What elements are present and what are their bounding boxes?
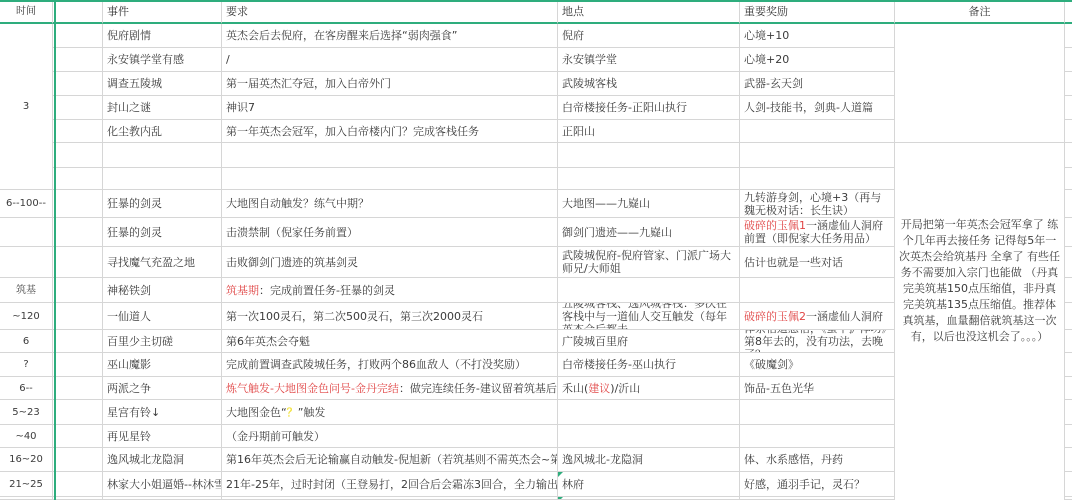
location-cell[interactable] (558, 168, 740, 190)
plain-text: 神识7 (226, 101, 255, 114)
plain-text: 林府 (562, 478, 584, 491)
plain-text: 御剑门遗迹——九嶷山 (562, 226, 672, 239)
cell-text: 破碎的玉佩2一涵虚仙人洞府 (744, 310, 890, 323)
cell-text: 完成前置调查武陵城任务，打败两个86血敌人（不打没奖励） (226, 358, 553, 371)
location-cell[interactable]: 白帝楼接任务-巫山执行 (558, 353, 740, 377)
requirement-cell[interactable]: 击溃禁制（倪家任务前置） (222, 218, 558, 247)
reward-cell[interactable]: 人剑-技能书，剑典-人道篇 (740, 96, 895, 120)
spacer-cell[interactable] (53, 278, 103, 303)
location-cell[interactable]: 大地图——九嶷山 (558, 190, 740, 218)
cell-text: 武器-玄天剑 (744, 77, 890, 90)
reward-cell[interactable]: 心境+20 (740, 48, 895, 72)
time-cell[interactable]: 筑基 (0, 278, 53, 303)
spacer-cell[interactable] (53, 168, 103, 190)
event-cell[interactable] (103, 143, 222, 168)
edge-cell[interactable] (1065, 425, 1072, 448)
spacer-cell[interactable] (53, 96, 103, 120)
spacer-cell[interactable] (53, 448, 103, 472)
edge-cell[interactable] (1065, 218, 1072, 247)
event-cell[interactable]: 狂暴的剑灵 (103, 218, 222, 247)
cell-text: 好感，通羽手记，灵石？ (744, 478, 890, 491)
event-cell[interactable]: 化尘教内乱 (103, 120, 222, 143)
cell-text: 估计也就是一些对话 (744, 256, 890, 269)
location-cell[interactable]: 五陵城客栈、逸风城客栈：多次在客栈中与一道仙人交互触发（每年英杰会后都去 (558, 303, 740, 330)
highlighted-text: 破碎的玉佩1 (744, 219, 806, 232)
highlighted-text: 建议 (588, 382, 610, 395)
spacer-cell[interactable] (53, 353, 103, 377)
spacer-cell[interactable] (53, 400, 103, 425)
event-cell[interactable]: 倪府剧情 (103, 24, 222, 48)
location-cell[interactable]: 正阳山 (558, 120, 740, 143)
plain-text: 武陵城客栈 (562, 77, 617, 90)
plain-text: 逸风城北-龙隐洞 (562, 453, 643, 466)
cell-text: 第16年英杰会后无论输赢自动触发-倪旭新（若筑基则不需英杰会~第20年） (226, 453, 553, 466)
event-cell[interactable]: 再见星铃 (103, 425, 222, 448)
edge-cell[interactable] (1065, 278, 1072, 303)
location-cell[interactable]: 武陵城客栈 (558, 72, 740, 96)
plain-text: 第一届英杰汇夺冠，加入白帝外门 (226, 77, 391, 90)
spacer-cell[interactable] (53, 330, 103, 353)
plain-text: 第16年英杰会后无论输赢自动触发-倪旭新（若筑基则不需英杰会~第20年） (226, 453, 558, 466)
spacer-cell[interactable] (53, 72, 103, 96)
plain-text: 体系悟道感悟，《蛮牛护体功》第8年去的，没有功法，去晚了？ (744, 330, 887, 353)
cell-text: 第6年英杰会夺魁 (226, 335, 553, 348)
location-cell[interactable]: 武陵城倪府-倪府管家、门派广场大师兄/大师姐 (558, 247, 740, 278)
location-cell[interactable] (558, 143, 740, 168)
top-accent-line (0, 0, 1072, 2)
requirement-cell[interactable] (222, 143, 558, 168)
reward-cell[interactable] (740, 425, 895, 448)
plain-text: 击败御剑门遗迹的筑基剑灵 (226, 256, 358, 269)
requirement-cell[interactable]: 21年-25年，过时封闭（王登易打，2回合后会霜冻3回合，全力输出） (222, 472, 558, 497)
plain-text: （金丹期前可触发） (226, 430, 325, 443)
event-cell[interactable]: 百里少主切磋 (103, 330, 222, 353)
plain-text: 第一次100灵石，第二次500灵石，第三次2000灵石 (226, 310, 483, 323)
spreadsheet: 时间 事件 要求 地点 重要奖励 备注 3 开局把第一年英杰会冠军拿了 练个几年… (0, 0, 1072, 500)
cell-text: 人剑-技能书，剑典-人道篇 (744, 101, 890, 114)
plain-text: 永安镇学堂 (562, 53, 617, 66)
plain-text: 倪府 (562, 29, 584, 42)
plain-text: )/沂山 (610, 382, 640, 395)
cell-text: 体系悟道感悟，《蛮牛护体功》第8年去的，没有功法，去晚了？ (744, 330, 890, 353)
event-cell[interactable]: 永安镇学堂有感 (103, 48, 222, 72)
plain-text: 第一年英杰会冠军，加入白帝楼内门？完成客栈任务 (226, 125, 479, 138)
cell-text: 第一次100灵石，第二次500灵石，第三次2000灵石 (226, 310, 553, 323)
cell-text: 《破魔剑》 (744, 358, 890, 371)
cell-text: 击败御剑门遗迹的筑基剑灵 (226, 256, 553, 269)
reward-cell[interactable]: 《破魔剑》 (740, 353, 895, 377)
time-block-cell[interactable]: 3 (0, 24, 53, 190)
header-spacer[interactable] (53, 0, 103, 24)
location-cell[interactable]: 永安镇学堂 (558, 48, 740, 72)
edge-cell[interactable] (1065, 247, 1072, 278)
time-cell[interactable]: 21~25 (0, 472, 53, 497)
notes-empty-cell[interactable] (895, 24, 1065, 143)
location-cell[interactable]: 白帝楼接任务-正阳山执行 (558, 96, 740, 120)
cell-text: 五陵城客栈、逸风城客栈：多次在客栈中与一道仙人交互触发（每年英杰会后都去 (562, 303, 735, 330)
cell-text: 21年-25年，过时封闭（王登易打，2回合后会霜冻3回合，全力输出） (226, 478, 553, 491)
requirement-cell[interactable]: 筑基期：完成前置任务-狂暴的剑灵 (222, 278, 558, 303)
reward-cell[interactable]: 破碎的玉佩2一涵虚仙人洞府 (740, 303, 895, 330)
time-cell[interactable]: ~120 (0, 303, 53, 330)
reward-cell[interactable] (740, 400, 895, 425)
event-cell[interactable]: 封山之谜 (103, 96, 222, 120)
event-cell[interactable]: 逸风城北龙隐洞 (103, 448, 222, 472)
cell-text: 永安镇学堂 (562, 53, 735, 66)
plain-text: 饰品-五色光华 (744, 382, 814, 395)
header-time[interactable]: 时间 (0, 0, 53, 24)
requirement-cell[interactable]: 第一届英杰汇夺冠，加入白帝外门 (222, 72, 558, 96)
plain-text: 白帝楼接任务-正阳山执行 (562, 101, 687, 114)
event-cell[interactable]: 两派之争 (103, 377, 222, 400)
plain-text: 武器-玄天剑 (744, 77, 803, 90)
event-cell[interactable]: 星宫有铃↓ (103, 400, 222, 425)
event-cell[interactable] (103, 168, 222, 190)
requirement-cell[interactable]: 击败御剑门遗迹的筑基剑灵 (222, 247, 558, 278)
spacer-cell[interactable] (53, 24, 103, 48)
plain-text: 好感，通羽手记，灵石？ (744, 478, 865, 491)
edge-cell[interactable] (1065, 168, 1072, 190)
spacer-cell[interactable] (53, 48, 103, 72)
spacer-cell[interactable] (53, 218, 103, 247)
location-cell[interactable]: 林府 (558, 472, 740, 497)
location-cell[interactable]: 广陵城百里府 (558, 330, 740, 353)
cell-text: 白帝楼接任务-巫山执行 (562, 358, 735, 371)
reward-cell[interactable]: 体系悟道感悟，《蛮牛护体功》第8年去的，没有功法，去晚了？ (740, 330, 895, 353)
edge-cell[interactable] (1065, 448, 1072, 472)
cell-text: 大地图自动触发？练气中期？ (226, 197, 553, 210)
event-cell[interactable]: 林家大小姐逼婚--林沐雪 (103, 472, 222, 497)
cell-text: 白帝楼接任务-正阳山执行 (562, 101, 735, 114)
cell-text: 饰品-五色光华 (744, 382, 890, 395)
spacer-cell[interactable] (53, 472, 103, 497)
plain-text: 英杰会后去倪府，在客房醒来后选择“弱肉强食” (226, 29, 457, 42)
cell-text: （金丹期前可触发） (226, 430, 553, 443)
cell-text: 正阳山 (562, 125, 735, 138)
plain-text: 完成前置调查武陵城任务，打败两个86血敌人（不打没奖励） (226, 358, 526, 371)
spacer-cell[interactable] (53, 247, 103, 278)
event-cell[interactable]: 狂暴的剑灵 (103, 190, 222, 218)
cell-text: 广陵城百里府 (562, 335, 735, 348)
time-cell[interactable]: ~40 (0, 425, 53, 448)
plain-text: ”触发 (298, 406, 326, 419)
location-cell[interactable]: 逸风城北-龙隐洞 (558, 448, 740, 472)
event-cell[interactable]: 神秘铁剑 (103, 278, 222, 303)
header-location[interactable]: 地点 (558, 0, 740, 24)
requirement-cell[interactable] (222, 168, 558, 190)
time-cell[interactable]: 6-- (0, 377, 53, 400)
spacer-cell[interactable] (53, 303, 103, 330)
time-cell[interactable]: 6--100-- (0, 190, 53, 218)
highlighted-text: 筑基期 (226, 284, 259, 297)
plain-text: 大地图自动触发？练气中期？ (226, 197, 369, 210)
plain-text: 人剑-技能书，剑典-人道篇 (744, 101, 873, 114)
plain-text: 一涵虚仙人洞府 (806, 310, 883, 323)
event-cell[interactable]: 调查五陵城 (103, 72, 222, 96)
spacer-cell[interactable] (53, 425, 103, 448)
plain-text: ：做完连续任务-建议留着筑基后期打 (399, 382, 558, 395)
plain-text: 广陵城百里府 (562, 335, 628, 348)
notes-cell[interactable]: 开局把第一年英杰会冠军拿了 练个几年再去接任务 记得每5年一次英杰会给筑基丹 全… (895, 143, 1065, 500)
highlighted-text: 破碎的玉佩2 (744, 310, 806, 323)
location-cell[interactable]: 御剑门遗迹——九嶷山 (558, 218, 740, 247)
header-edge[interactable] (1065, 0, 1072, 24)
requirement-cell[interactable]: 大地图自动触发？练气中期？ (222, 190, 558, 218)
plain-text: 武陵城倪府-倪府管家、门派广场大师兄/大师姐 (562, 249, 731, 275)
edge-cell[interactable] (1065, 96, 1072, 120)
edge-cell[interactable] (1065, 120, 1072, 143)
header-requirement[interactable]: 要求 (222, 0, 558, 24)
requirement-cell[interactable]: （金丹期前可触发） (222, 425, 558, 448)
cell-text: 大地图金色“？”触发 (226, 406, 553, 419)
plain-text: 《破魔剑》 (744, 358, 799, 371)
cell-text: 逸风城北-龙隐洞 (562, 453, 735, 466)
plain-text: 正阳山 (562, 125, 595, 138)
location-cell[interactable]: 禾山(建议)/沂山 (558, 377, 740, 400)
edge-cell[interactable] (1065, 143, 1072, 168)
plain-text: 五陵城客栈、逸风城客栈：多次在客栈中与一道仙人交互触发（每年英杰会后都去 (562, 303, 727, 330)
event-cell[interactable]: 一仙道人 (103, 303, 222, 330)
cell-text: 第一届英杰汇夺冠，加入白帝外门 (226, 77, 553, 90)
location-cell[interactable] (558, 278, 740, 303)
requirement-cell[interactable]: 大地图金色“？”触发 (222, 400, 558, 425)
edge-cell[interactable] (1065, 330, 1072, 353)
spacer-cell[interactable] (53, 377, 103, 400)
spacer-cell[interactable] (53, 190, 103, 218)
plain-text: 第6年英杰会夺魁 (226, 335, 310, 348)
plain-text: 心境+20 (744, 53, 789, 66)
plain-text: 九转游身剑，心境+3（再与魏无极对话：长生诀） (744, 191, 881, 217)
cell-text: 武陵城客栈 (562, 77, 735, 90)
plain-text: 大地图金色“ (226, 406, 287, 419)
requirement-cell[interactable]: 第6年英杰会夺魁 (222, 330, 558, 353)
reward-cell[interactable]: 心境+10 (740, 24, 895, 48)
edge-cell[interactable] (1065, 400, 1072, 425)
location-cell[interactable] (558, 400, 740, 425)
edge-cell[interactable] (1065, 48, 1072, 72)
requirement-cell[interactable]: / (222, 48, 558, 72)
plain-text: 21年-25年，过时封闭（王登易打，2回合后会霜冻3回合，全力输出） (226, 478, 558, 491)
reward-cell[interactable] (740, 143, 895, 168)
plain-text: 体、水系感悟，丹药 (744, 453, 843, 466)
plain-text: 估计也就是一些对话 (744, 256, 843, 269)
edge-cell[interactable] (1065, 303, 1072, 330)
plain-text: 大地图——九嶷山 (562, 197, 650, 210)
pane-divider-line (54, 0, 56, 500)
highlighted-text: ？ (287, 406, 298, 419)
spacer-cell[interactable] (53, 120, 103, 143)
cell-text: 筑基期：完成前置任务-狂暴的剑灵 (226, 284, 553, 297)
cell-text: 大地图——九嶷山 (562, 197, 735, 210)
reward-cell[interactable] (740, 278, 895, 303)
requirement-cell[interactable]: 第16年英杰会后无论输赢自动触发-倪旭新（若筑基则不需英杰会~第20年） (222, 448, 558, 472)
cell-text: 神识7 (226, 101, 553, 114)
cell-text: 击溃禁制（倪家任务前置） (226, 226, 553, 239)
plain-text: 心境+10 (744, 29, 789, 42)
reward-cell[interactable] (740, 168, 895, 190)
time-cell[interactable] (0, 247, 53, 278)
header-event[interactable]: 事件 (103, 0, 222, 24)
reward-cell[interactable]: 武器-玄天剑 (740, 72, 895, 96)
reward-cell[interactable]: 饰品-五色光华 (740, 377, 895, 400)
cell-text: 御剑门遗迹——九嶷山 (562, 226, 735, 239)
cell-text: 炼气触发-大地图金色问号-金丹完结：做完连续任务-建议留着筑基后期打 (226, 382, 553, 395)
reward-cell[interactable]: 体、水系感悟，丹药 (740, 448, 895, 472)
time-cell[interactable]: 5~23 (0, 400, 53, 425)
cell-text: / (226, 53, 553, 66)
time-cell[interactable]: 16~20 (0, 448, 53, 472)
cell-text: 心境+20 (744, 53, 890, 66)
cell-text: 英杰会后去倪府，在客房醒来后选择“弱肉强食” (226, 29, 553, 42)
edge-cell[interactable] (1065, 353, 1072, 377)
reward-cell[interactable]: 好感，通羽手记，灵石？ (740, 472, 895, 497)
cell-text: 心境+10 (744, 29, 890, 42)
spacer-cell[interactable] (53, 143, 103, 168)
event-cell[interactable]: 寻找魔气充盈之地 (103, 247, 222, 278)
time-cell[interactable]: ? (0, 353, 53, 377)
reward-cell[interactable]: 估计也就是一些对话 (740, 247, 895, 278)
edge-cell[interactable] (1065, 377, 1072, 400)
plain-text: / (226, 53, 230, 66)
cell-text: 武陵城倪府-倪府管家、门派广场大师兄/大师姐 (562, 249, 735, 275)
header-reward[interactable]: 重要奖励 (740, 0, 895, 24)
cell-text: 倪府 (562, 29, 735, 42)
requirement-cell[interactable]: 第一次100灵石，第二次500灵石，第三次2000灵石 (222, 303, 558, 330)
cell-text: 九转游身剑，心境+3（再与魏无极对话：长生诀） (744, 191, 890, 217)
edge-cell[interactable] (1065, 24, 1072, 48)
cell-text: 第一年英杰会冠军，加入白帝楼内门？完成客栈任务 (226, 125, 553, 138)
cell-text: 林府 (562, 478, 735, 491)
cell-text: 禾山(建议)/沂山 (562, 382, 735, 395)
plain-text: 禾山( (562, 382, 588, 395)
location-cell[interactable]: 倪府 (558, 24, 740, 48)
plain-text: 击溃禁制（倪家任务前置） (226, 226, 358, 239)
cell-text: 破碎的玉佩1一涵虚仙人洞府前置（即倪家大任务用品） (744, 219, 890, 245)
edge-cell[interactable] (1065, 190, 1072, 218)
reward-cell[interactable]: 九转游身剑，心境+3（再与魏无极对话：长生诀） (740, 190, 895, 218)
edge-cell[interactable] (1065, 72, 1072, 96)
event-cell[interactable]: 巫山魔影 (103, 353, 222, 377)
location-cell[interactable] (558, 425, 740, 448)
reward-cell[interactable] (740, 120, 895, 143)
cell-text: 体、水系感悟，丹药 (744, 453, 890, 466)
header-notes[interactable]: 备注 (895, 0, 1065, 24)
time-cell[interactable]: 6 (0, 330, 53, 353)
requirement-cell[interactable]: 神识7 (222, 96, 558, 120)
plain-text: 白帝楼接任务-巫山执行 (562, 358, 676, 371)
highlighted-text: 炼气触发-大地图金色问号-金丹完结 (226, 382, 399, 395)
plain-text: ：完成前置任务-狂暴的剑灵 (259, 284, 395, 297)
edge-cell[interactable] (1065, 472, 1072, 497)
requirement-cell[interactable]: 完成前置调查武陵城任务，打败两个86血敌人（不打没奖励） (222, 353, 558, 377)
requirement-cell[interactable]: 第一年英杰会冠军，加入白帝楼内门？完成客栈任务 (222, 120, 558, 143)
table: 时间 事件 要求 地点 重要奖励 备注 3 开局把第一年英杰会冠军拿了 练个几年… (0, 0, 1072, 500)
requirement-cell[interactable]: 英杰会后去倪府，在客房醒来后选择“弱肉强食” (222, 24, 558, 48)
requirement-cell[interactable]: 炼气触发-大地图金色问号-金丹完结：做完连续任务-建议留着筑基后期打 (222, 377, 558, 400)
time-cell[interactable] (0, 218, 53, 247)
reward-cell[interactable]: 破碎的玉佩1一涵虚仙人洞府前置（即倪家大任务用品） (740, 218, 895, 247)
